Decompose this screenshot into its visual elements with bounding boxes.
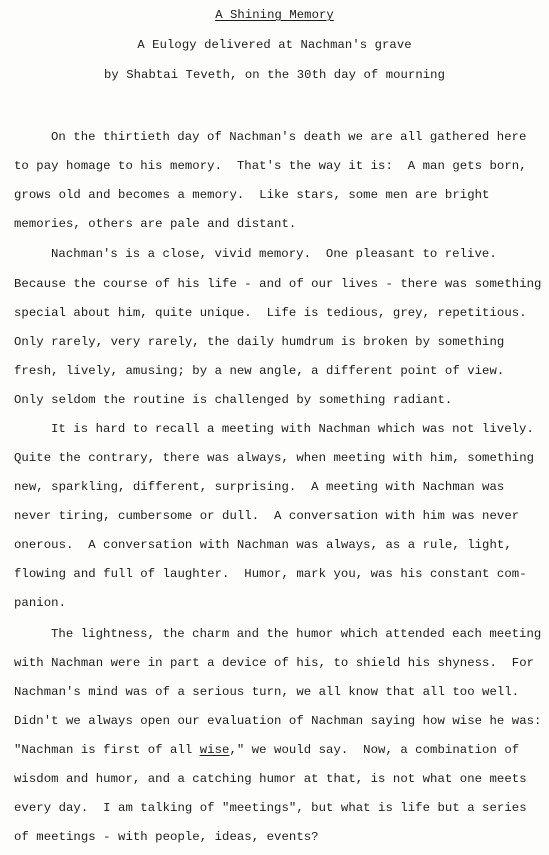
- paragraph-3-line: never tiring, cumbersome or dull. A conv…: [14, 509, 519, 523]
- paragraph-2-line: special about him, quite unique. Life is…: [14, 306, 527, 320]
- underlined-word: wise: [200, 743, 230, 757]
- paragraph-4-line: "Nachman is first of all wise," we would…: [14, 743, 519, 757]
- document-byline: by Shabtai Teveth, on the 30th day of mo…: [0, 68, 549, 82]
- paragraph-1-line: grows old and becomes a memory. Like sta…: [14, 188, 489, 202]
- paragraph-4-line: Nachman's mind was of a serious turn, we…: [14, 685, 519, 699]
- paragraph-4-line: every day. I am talking of "meetings", b…: [14, 801, 527, 815]
- paragraph-4-line: of meetings - with people, ideas, events…: [14, 830, 319, 844]
- document-page: A Shining Memory A Eulogy delivered at N…: [0, 0, 549, 855]
- paragraph-1-line: memories, others are pale and distant.: [14, 217, 296, 231]
- paragraph-1-line: On the thirtieth day of Nachman's death …: [51, 130, 526, 144]
- paragraph-2-line: fresh, lively, amusing; by a new angle, …: [14, 364, 504, 378]
- document-title: A Shining Memory: [0, 8, 549, 22]
- paragraph-4-line: wisdom and humor, and a catching humor a…: [14, 772, 527, 786]
- paragraph-2-line: Because the course of his life - and of …: [14, 277, 541, 291]
- paragraph-3-line: Quite the contrary, there was always, wh…: [14, 451, 534, 465]
- title-text: A Shining Memory: [215, 8, 334, 22]
- paragraph-3-line: It is hard to recall a meeting with Nach…: [51, 422, 534, 436]
- paragraph-3-line: flowing and full of laughter. Humor, mar…: [14, 567, 527, 581]
- paragraph-3-line: new, sparkling, different, surprising. A…: [14, 480, 504, 494]
- quote-start: "Nachman is first of all: [14, 743, 200, 757]
- paragraph-1-line: to pay homage to his memory. That's the …: [14, 159, 527, 173]
- paragraph-4-line: with Nachman were in part a device of hi…: [14, 656, 534, 670]
- paragraph-3-line: panion.: [14, 596, 66, 610]
- paragraph-2-line: Only seldom the routine is challenged by…: [14, 393, 452, 407]
- paragraph-2-line: Only rarely, very rarely, the daily humd…: [14, 335, 504, 349]
- paragraph-4-line: The lightness, the charm and the humor w…: [51, 627, 541, 641]
- paragraph-4-line: Didn't we always open our evaluation of …: [14, 714, 541, 728]
- document-subtitle: A Eulogy delivered at Nachman's grave: [0, 38, 549, 52]
- quote-end: ," we would say. Now, a combination of: [229, 743, 519, 757]
- paragraph-3-line: onerous. A conversation with Nachman was…: [14, 538, 512, 552]
- paragraph-2-line: Nachman's is a close, vivid memory. One …: [51, 247, 497, 261]
